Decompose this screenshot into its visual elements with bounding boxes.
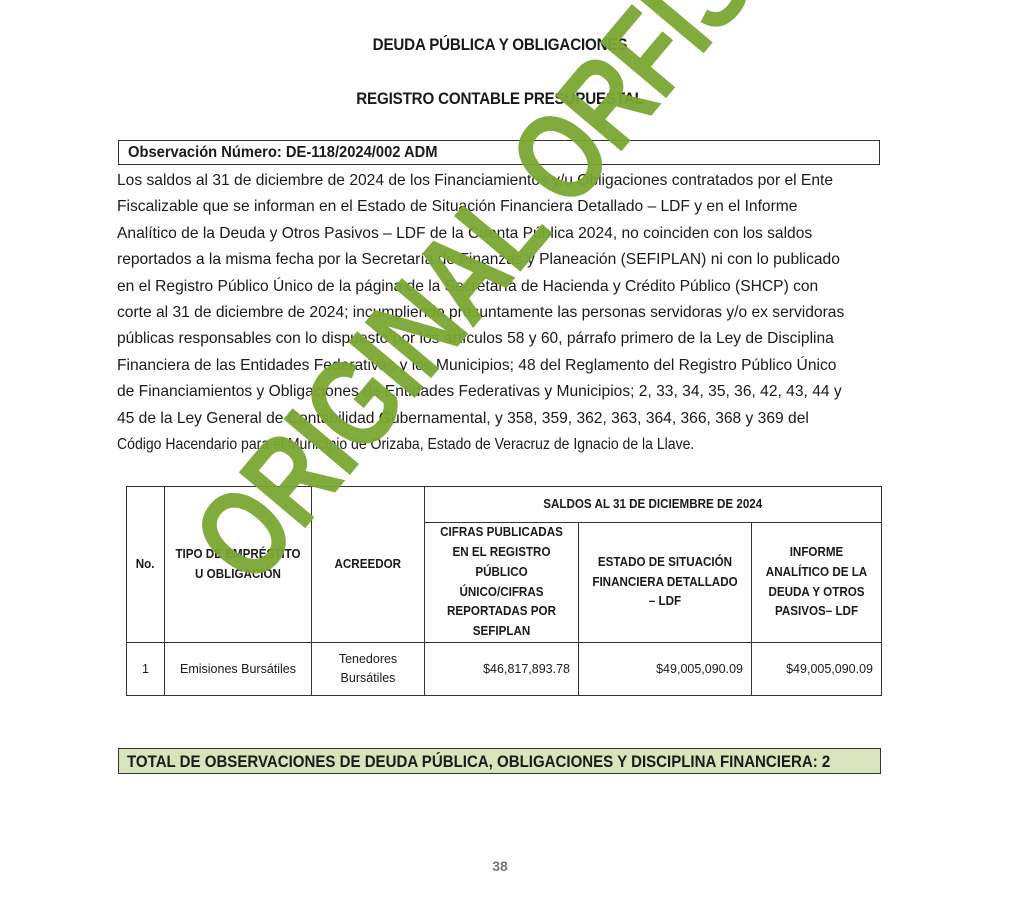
observation-number-box: Observación Número: DE-118/2024/002 ADM (118, 140, 880, 165)
table-row: 1 Emisiones Bursátiles Tenedores Bursáti… (127, 643, 882, 696)
subsection-title: REGISTRO CONTABLE PRESUPUESTAL (40, 90, 960, 109)
header-saldos-group: SALDOS AL 31 DE DICIEMBRE DE 2024 (425, 487, 882, 523)
header-no: No. (127, 487, 165, 643)
total-observations-box: TOTAL DE OBSERVACIONES DE DEUDA PÚBLICA,… (118, 748, 881, 774)
paragraph-line: corte al 31 de diciembre de 2024; incump… (117, 300, 882, 326)
header-tipo: TIPO DE EMPRÉSTITO U OBLIGACIÓN (165, 487, 312, 643)
cell-acreedor: Tenedores Bursátiles (312, 643, 425, 696)
paragraph-line: Financiera de las Entidades Federativas … (117, 353, 882, 379)
header-informe: INFORME ANALÍTICO DE LA DEUDA Y OTROS PA… (752, 523, 882, 643)
cell-informe: $49,005,090.09 (752, 643, 882, 696)
page-number: 38 (0, 858, 1000, 874)
section-title: DEUDA PÚBLICA Y OBLIGACIONES (40, 36, 960, 55)
paragraph-line: Fiscalizable que se informan en el Estad… (117, 194, 882, 220)
cell-cifras: $46,817,893.78 (425, 643, 579, 696)
paragraph-line: públicas responsables con lo dispuesto p… (117, 326, 882, 352)
observation-number: Observación Número: DE-118/2024/002 ADM (128, 144, 438, 162)
cell-no: 1 (127, 643, 165, 696)
balances-table: No. TIPO DE EMPRÉSTITO U OBLIGACIÓN ACRE… (126, 486, 882, 696)
observation-paragraph: Los saldos al 31 de diciembre de 2024 de… (117, 168, 882, 458)
header-acreedor: ACREEDOR (312, 487, 425, 643)
header-cifras: CIFRAS PUBLICADAS EN EL REGISTRO PÚBLICO… (425, 523, 579, 643)
paragraph-line: Analítico de la Deuda y Otros Pasivos – … (117, 221, 882, 247)
paragraph-line: en el Registro Público Único de la págin… (117, 274, 882, 300)
paragraph-line: 45 de la Ley General de Contabilidad Gub… (117, 406, 882, 432)
header-estado: ESTADO DE SITUACIÓN FINANCIERA DETALLADO… (579, 523, 752, 643)
paragraph-line: reportados a la misma fecha por la Secre… (117, 247, 882, 273)
cell-tipo: Emisiones Bursátiles (165, 643, 312, 696)
paragraph-line: Código Hacendario para el Municipio de O… (117, 432, 806, 458)
total-observations-label: TOTAL DE OBSERVACIONES DE DEUDA PÚBLICA,… (127, 752, 830, 772)
paragraph-line: Los saldos al 31 de diciembre de 2024 de… (117, 168, 882, 194)
cell-estado: $49,005,090.09 (579, 643, 752, 696)
paragraph-line: de Financiamientos y Obligaciones de Ent… (117, 379, 882, 405)
